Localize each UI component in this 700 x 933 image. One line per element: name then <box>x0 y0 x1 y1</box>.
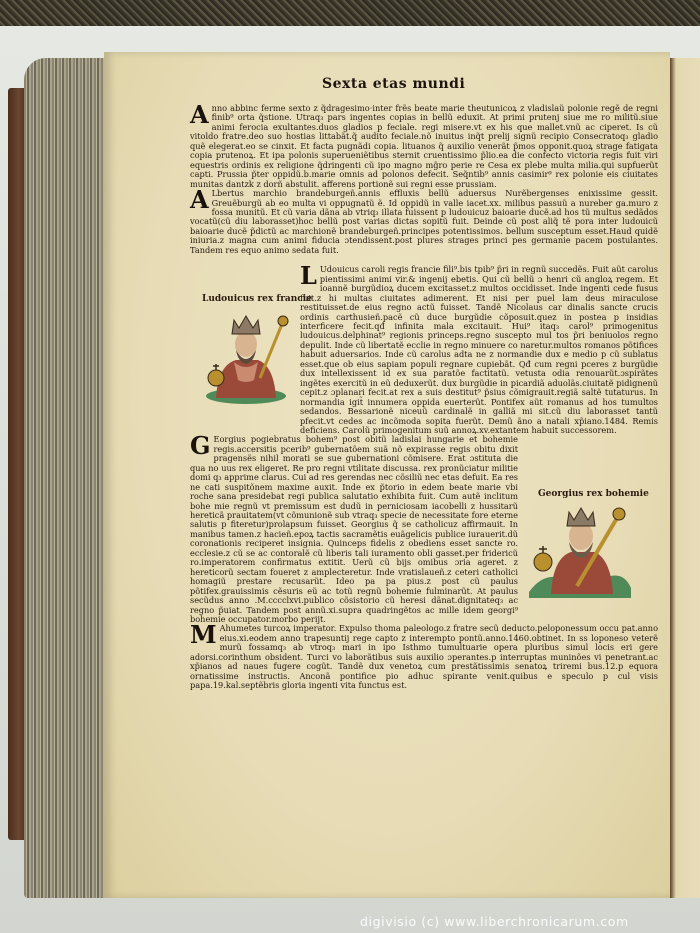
initial-letter: G <box>190 436 211 456</box>
paragraph-text: Ahumetes turcoꝝ imperator. Expulso thoma… <box>190 623 658 690</box>
paragraph-albertus: A Lbertus marchio brandeburgeñ.annis eff… <box>190 189 658 255</box>
paragraph-georgius: G Eorgius pogiebratus bohem⁹ post obitũ … <box>190 435 518 624</box>
facing-page-edge <box>670 58 700 898</box>
paragraph-ludovicus: L Udouicus caroli regis francie fili⁹.bi… <box>300 265 658 435</box>
initial-letter: A <box>190 105 209 125</box>
paragraph-text: Udouicus caroli regis francie fili⁹.bis … <box>300 264 658 435</box>
chronicle-text: A nno abbinc ferme sexto z q̃dragesimo·i… <box>190 104 658 691</box>
initial-letter: A <box>190 190 209 210</box>
carpet-background <box>0 0 700 26</box>
initial-letter: M <box>190 625 217 645</box>
paragraph-text: Lbertus marchio brandeburgeñ.annis efflu… <box>190 188 658 255</box>
watermark: digivisio (c) www.liberchronicarum.com <box>360 914 629 929</box>
paragraph-text: Eorgius pogiebratus bohem⁹ post obitũ la… <box>190 434 518 624</box>
paragraph-mahumetes: M Ahumetes turcoꝝ imperator. Expulso tho… <box>190 624 658 690</box>
paragraph-text: nno abbinc ferme sexto z q̃dragesimo·int… <box>190 103 658 189</box>
running-head: Sexta etas mundi <box>322 76 465 92</box>
initial-letter: L <box>300 266 317 286</box>
page-edges-stack <box>24 58 106 898</box>
paragraph-teutonic-order: A nno abbinc ferme sexto z q̃dragesimo·i… <box>190 104 658 189</box>
